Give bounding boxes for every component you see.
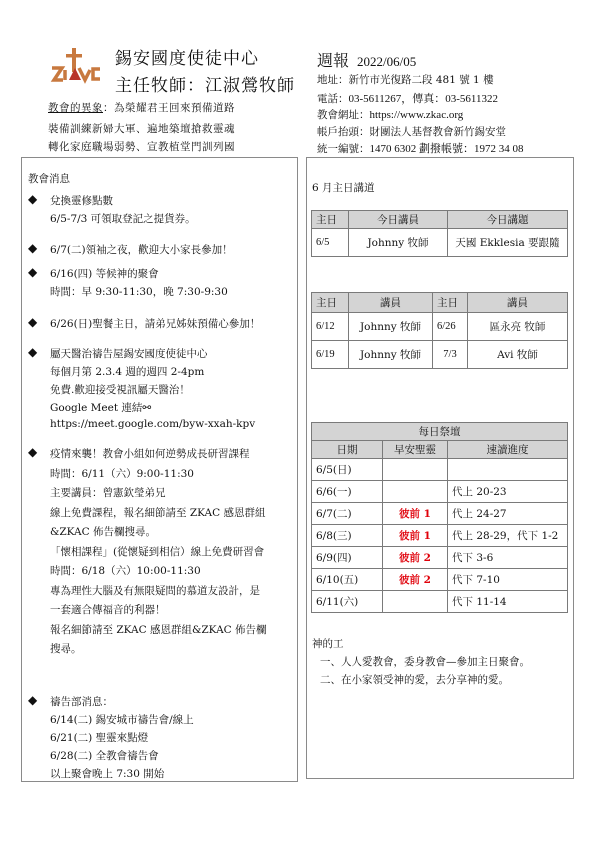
news-item-2-line: 6/7(二)領袖之夜，歡迎大小家長參加！ bbox=[50, 242, 233, 257]
news-item-1-line: 兌換靈修點數 bbox=[50, 193, 113, 208]
news-item-5-line: 屬天醫治禱告屋錫安國度使徒中心 bbox=[50, 346, 208, 361]
vision-line-3: 轉化家庭職場弱勢、宣教植堂門訓列國 bbox=[48, 139, 235, 154]
senior-pastor: 主任牧師：江淑鶯牧師 bbox=[115, 71, 295, 96]
table-row: 6/8(三)彼前 1代上 28-29，代下 1-2 bbox=[312, 525, 568, 547]
news-item-6-line: 一套適合傳福音的利器！ bbox=[50, 602, 166, 617]
address: 地址：新竹市光復路二段 481 號 1 樓 bbox=[317, 72, 494, 87]
news-item-7-line: 6/14(二) 錫安城市禱告會/線上 bbox=[50, 712, 194, 727]
table-row: 6/5 Johnny 牧師 天國 Ekklesia 要跟隨 bbox=[312, 229, 568, 257]
vision-line-1: 教會的異象：為榮耀君王回來預備道路 bbox=[48, 100, 235, 115]
table-row: 6/11(六)代下 11-14 bbox=[312, 591, 568, 613]
gods-work-line-1: 一、人人愛教會，委身教會—參加主日聚會。 bbox=[320, 654, 530, 669]
church-news-title: 教會消息 bbox=[28, 171, 70, 186]
weekly-title: 週報2022/06/05 bbox=[317, 48, 416, 71]
table-row: 6/7(二)彼前 1代上 24-27 bbox=[312, 503, 568, 525]
news-item-6-line: 報名細節請至 ZKAC 感恩群組&ZKAC 佈告欄 bbox=[50, 622, 267, 637]
phone: 電話：03-5611267，傳真：03-5611322 bbox=[317, 90, 498, 106]
news-item-7-line: 6/21(二) 聖靈來點燈 bbox=[50, 730, 148, 745]
website[interactable]: 教會網址：https://www.zkac.org bbox=[317, 107, 463, 122]
diamond-bullet-icon: ◆ bbox=[28, 192, 37, 206]
table-row: 6/6(一)代上 20-23 bbox=[312, 481, 568, 503]
news-item-6-line: 時間：6/11（六）9:00-11:30 bbox=[50, 466, 194, 481]
table-row: 6/9(四)彼前 2代下 3-6 bbox=[312, 547, 568, 569]
account-name: 帳戶抬頭：財團法人基督教會新竹錫安堂 bbox=[317, 124, 506, 139]
vision-line-2: 裝備訓練新婦大軍、遍地築壇搶救靈魂 bbox=[48, 121, 235, 136]
news-item-4-line: 6/26(日)聖餐主日，請弟兄姊妹預備心參加！ bbox=[50, 316, 260, 331]
org-name: 錫安國度使徒中心 bbox=[115, 44, 259, 69]
news-item-6-line: 疫情來襲！教會小組如何逆勢成長研習課程 bbox=[50, 446, 250, 461]
table-row: 6/12 Johnny 牧師 6/26 區永亮 牧師 bbox=[312, 313, 568, 341]
vision-label: 教會的異象 bbox=[48, 102, 103, 114]
diamond-bullet-icon: ◆ bbox=[28, 693, 37, 707]
table-row: 6/5(日) bbox=[312, 459, 568, 481]
news-item-5-line: Google Meet 連結⚯ bbox=[50, 400, 151, 415]
news-item-7-line: 以上聚會晚上 7:30 開始 bbox=[50, 766, 164, 781]
diamond-bullet-icon: ◆ bbox=[28, 345, 37, 359]
diamond-bullet-icon: ◆ bbox=[28, 265, 37, 279]
sermons-title: 6 月主日講道 bbox=[312, 180, 375, 195]
daily-altar-table: 每日祭壇 日期 早安聖靈 速讀進度 6/5(日)6/6(一)代上 20-236/… bbox=[311, 422, 568, 613]
diamond-bullet-icon: ◆ bbox=[28, 445, 37, 459]
news-item-6-line: 搜尋。 bbox=[50, 641, 82, 656]
news-item-5-line: 每個月第 2.3.4 週的週四 2-4pm bbox=[50, 364, 204, 379]
news-item-1-line: 6/5-7/3 可領取登記之提貨券。 bbox=[50, 211, 196, 226]
sermon-table-month: 主日 講員 主日 講員 6/12 Johnny 牧師 6/26 區永亮 牧師 6… bbox=[311, 292, 568, 369]
news-item-3-line: 6/16(四) 等候神的聚會 bbox=[50, 266, 159, 281]
daily-altar-title: 每日祭壇 bbox=[312, 423, 568, 441]
news-item-5-line: 免費.歡迎接受視訊屬天醫治！ bbox=[50, 382, 190, 397]
news-item-6-line: 線上免費課程，報名細節請至 ZKAC 感恩群組 bbox=[50, 505, 266, 520]
news-item-6-line: 「懷相課程」(從懷疑到相信）線上免費研習會 bbox=[50, 544, 264, 559]
table-row: 6/19 Johnny 牧師 7/3 Avi 牧師 bbox=[312, 341, 568, 369]
news-item-3-line: 時間：早 9:30-11:30，晚 7:30-9:30 bbox=[50, 284, 228, 299]
news-item-5-line[interactable]: https://meet.google.com/byw-xxah-kpv bbox=[50, 418, 255, 430]
news-item-6-line: 主要講員：曾憲欽瑩弟兄 bbox=[50, 485, 166, 500]
news-item-7-line: 禱告部消息： bbox=[50, 694, 113, 709]
gods-work-title: 神的工 bbox=[312, 636, 344, 651]
news-item-6-line: 時間：6/18（六）10:00-11:30 bbox=[50, 563, 201, 578]
tax-id: 統一編號：1470 6302 劃撥帳號：1972 34 08 bbox=[317, 140, 524, 156]
news-item-7-line: 6/28(二) 全教會禱告會 bbox=[50, 748, 159, 763]
logo-cross-icon bbox=[50, 48, 102, 86]
news-item-6-line: 專為理性大腦及有無限疑問的慕道友設計，是 bbox=[50, 583, 260, 598]
sermon-table-today: 主日 今日講員 今日講題 6/5 Johnny 牧師 天國 Ekklesia 要… bbox=[311, 210, 568, 257]
table-row: 6/10(五)彼前 2代下 7-10 bbox=[312, 569, 568, 591]
zkac-logo bbox=[50, 48, 102, 86]
diamond-bullet-icon: ◆ bbox=[28, 315, 37, 329]
bulletin-date: 2022/06/05 bbox=[357, 54, 416, 69]
gods-work-line-2: 二、在小家領受神的愛，去分享神的愛。 bbox=[320, 672, 509, 687]
diamond-bullet-icon: ◆ bbox=[28, 241, 37, 255]
news-item-6-line: &ZKAC 佈告欄搜尋。 bbox=[50, 524, 156, 539]
